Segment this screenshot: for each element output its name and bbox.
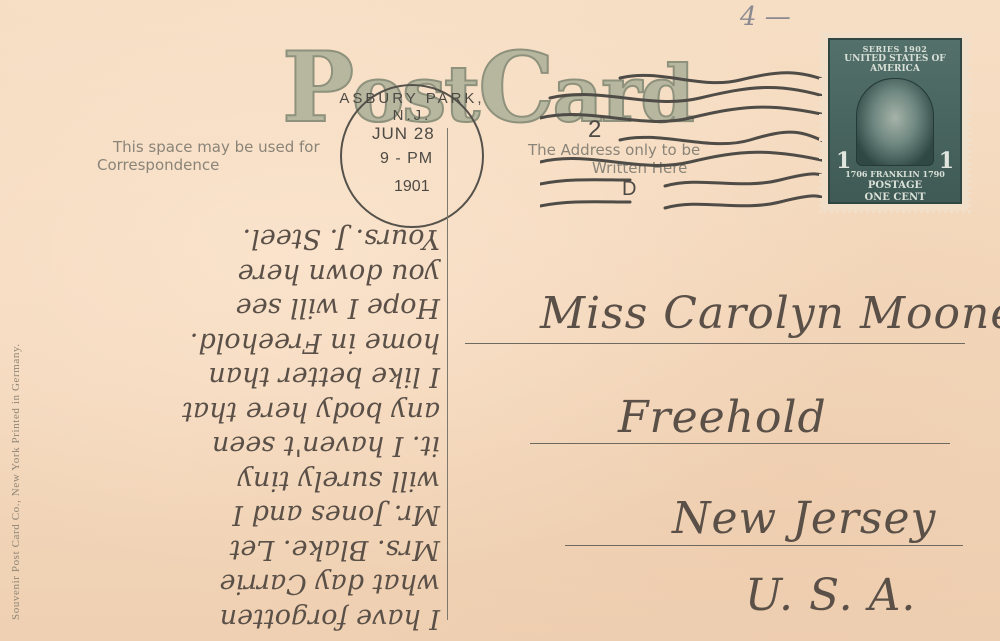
recipient-city: Freehold (618, 392, 827, 443)
message-line: Hope I will see (40, 290, 440, 325)
recipient-state: New Jersey (672, 493, 936, 544)
address-line-1 (465, 343, 965, 344)
message-line: I have forgotten (40, 601, 440, 636)
postcard-back: 4 — PostCard This space may be used for … (0, 0, 1000, 641)
message-line: you down here (40, 256, 440, 291)
cancel-number: 2 (588, 116, 601, 144)
publisher-credit: Souvenir Post Card Co., New York Printed… (10, 343, 22, 620)
postage-stamp: SERIES 1902 UNITED STATES OF AMERICA 170… (822, 34, 968, 210)
correspondence-label: This space may be used for (113, 139, 320, 156)
handwritten-message: I have forgotten what day Carrie Mrs. Bl… (40, 160, 440, 635)
message-line: home in Freehold. (40, 325, 440, 360)
cancel-letter: D (622, 178, 636, 201)
message-line: Yours. J. Steel. (40, 221, 440, 256)
wavy-cancellation-icon (540, 68, 840, 218)
postmark-town: ASBURY PARK, N.J. (334, 90, 490, 124)
message-line: any body here that (40, 394, 440, 429)
message-line: will surely tiny (40, 463, 440, 498)
postmark-date: JUN 28 (372, 124, 435, 144)
address-line-2 (530, 443, 950, 444)
franklin-portrait-icon (856, 78, 934, 166)
message-line: Mrs. Blake. Let (40, 532, 440, 567)
center-divider (447, 128, 448, 620)
recipient-name: Miss Carolyn Mooney (540, 288, 1000, 339)
message-line: Mr. Jones and I (40, 497, 440, 532)
message-line: what day Carrie (40, 566, 440, 601)
address-line-3 (565, 545, 963, 546)
message-line: I like better than (40, 359, 440, 394)
recipient-country: U. S. A. (745, 570, 916, 621)
message-line: it. I haven't seen (40, 428, 440, 463)
corner-note: 4 — (740, 2, 791, 32)
